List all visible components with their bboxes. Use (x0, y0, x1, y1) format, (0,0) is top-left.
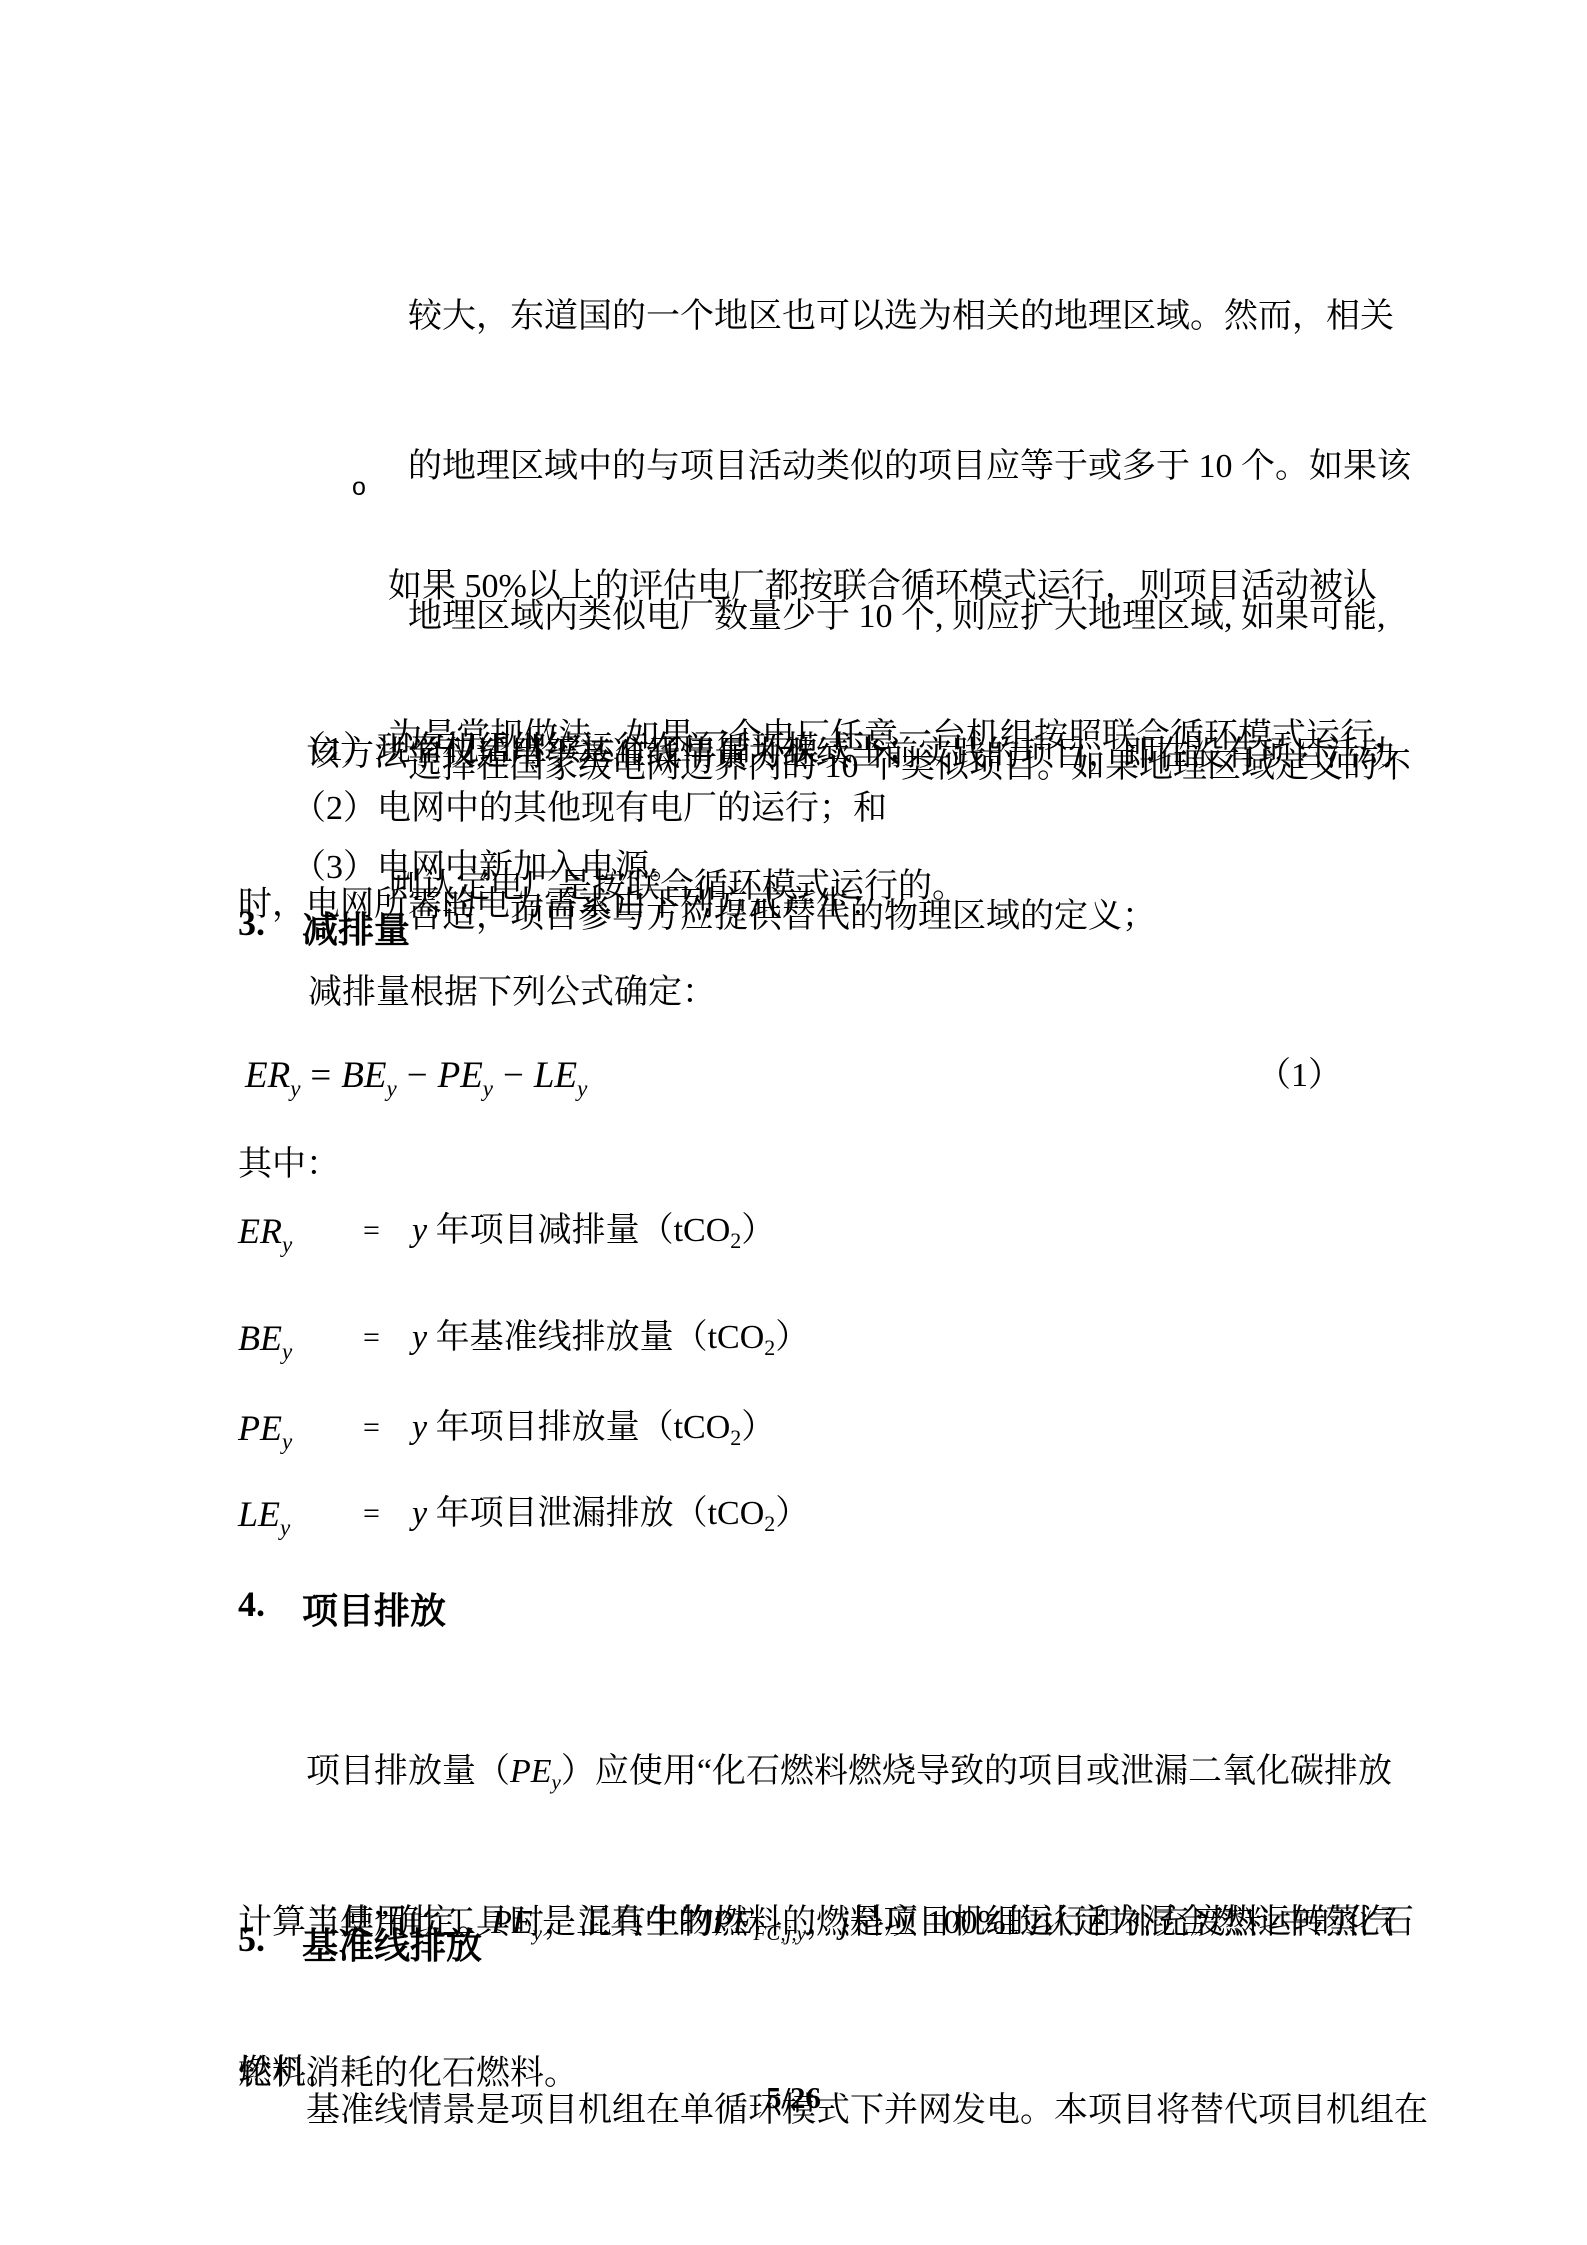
section-4-heading: 4. 项目排放 (238, 1583, 446, 1634)
eq-equals: = (300, 1055, 341, 1096)
def-unit-sub-LE: 2 (764, 1511, 775, 1536)
def-unit-post-ER: ） (741, 1212, 775, 1249)
def-unit-post-BE: ） (775, 1319, 809, 1356)
eq-term-PE: PE (438, 1055, 483, 1096)
section-4-number: 4. (238, 1583, 302, 1634)
def-y-var: y (412, 1212, 427, 1249)
pe-l1-var-PE-sub: y (552, 1770, 561, 1794)
definition-equals-PE: = (363, 1402, 412, 1454)
definition-row-ER: ERy = y 年项目减排量（tCO2） (238, 1205, 775, 1271)
eq-sub-y3: y (483, 1076, 493, 1101)
bullet-line-1: 如果 50%以上的评估电厂都按联合循环模式运行，则项目活动被认 (388, 562, 1408, 612)
eq-minus-1: − (397, 1055, 438, 1096)
definition-text-BE: y 年基准线排放量（tCO2） (412, 1312, 809, 1374)
equation-1-formula: ERy=BEy−PEy−LEy (245, 1048, 587, 1117)
pe-l1-var-PE: PE (510, 1753, 552, 1790)
eq-term-LE: LE (534, 1055, 577, 1096)
definition-equals-LE: = (363, 1488, 412, 1540)
definition-term-ER: ERy (238, 1205, 363, 1271)
def-unit-pre-BE: （tCO (674, 1319, 765, 1356)
page-number: 5/26 (0, 2080, 1587, 2116)
def-desc-ER: 年项目减排量 (427, 1212, 640, 1249)
definition-text-PE: y 年项目排放量（tCO2） (412, 1402, 775, 1464)
def-var-PE-sub: y (282, 1429, 292, 1454)
definition-row-BE: BEy = y 年基准线排放量（tCO2） (238, 1312, 809, 1378)
def-var-LE: LE (238, 1494, 280, 1534)
def-var-ER: ER (238, 1211, 282, 1251)
equation-1-row: ERy=BEy−PEy−LEy （1） (245, 1048, 1342, 1117)
def-unit-post-LE: ） (775, 1495, 809, 1532)
eq-sub-y1: y (290, 1076, 300, 1101)
eq-minus-2: − (493, 1055, 534, 1096)
eq-term-ER: ER (245, 1055, 290, 1096)
def-desc-PE: 年项目排放量 (427, 1409, 640, 1446)
pe-l1-text-a: 项目排放量（ (306, 1753, 510, 1790)
formula-intro-text: 减排量根据下列公式确定： (308, 968, 716, 1018)
eq-sub-y2: y (387, 1076, 397, 1101)
section-5-number: 5. (238, 1918, 302, 1969)
def-var-PE: PE (238, 1408, 282, 1448)
def-desc-BE: 年基准线排放量 (427, 1319, 674, 1356)
definition-term-BE: BEy (238, 1312, 363, 1378)
definition-text-ER: y 年项目减排量（tCO2） (412, 1205, 775, 1267)
section-4-title: 项目排放 (302, 1583, 446, 1634)
numbered-item-3: （3）电网中新加入电源。 (292, 843, 683, 893)
numbered-item-2: （2）电网中的其他现有电厂的运行；和 (292, 784, 887, 834)
pe-para-line-1: 项目排放量（PEy）应使用“化石燃料燃烧导致的项目或泄漏二氧化碳排放 (238, 1746, 1393, 1797)
def-y-var: y (412, 1409, 427, 1446)
pe-l1-text-b: ）应使用“化石燃料燃烧导致的项目或泄漏二氧化碳排放 (561, 1753, 1392, 1790)
def-y-var: y (412, 1495, 427, 1532)
section-3-number: 3. (238, 902, 302, 953)
def-unit-post-PE: ） (741, 1409, 775, 1446)
def-var-BE: BE (238, 1318, 282, 1358)
definition-equals-BE: = (363, 1312, 412, 1364)
section-5-heading: 5. 基准线排放 (238, 1918, 482, 1969)
section-3-heading: 3. 减排量 (238, 902, 410, 953)
def-unit-pre-PE: （tCO (640, 1409, 731, 1446)
definition-term-PE: PEy (238, 1402, 363, 1468)
definition-row-PE: PEy = y 年项目排放量（tCO2） (238, 1402, 775, 1468)
def-desc-LE: 年项目泄漏排放 (427, 1495, 674, 1532)
numbered-item-1: （1）现有机组继续运行在单循环模式下； (292, 725, 921, 775)
def-unit-pre-LE: （tCO (674, 1495, 765, 1532)
def-var-LE-sub: y (280, 1515, 290, 1540)
definition-text-LE: y 年项目泄漏排放（tCO2） (412, 1488, 809, 1550)
definition-row-LE: LEy = y 年项目泄漏排放（tCO2） (238, 1488, 809, 1554)
def-y-var: y (412, 1319, 427, 1356)
def-unit-sub-ER: 2 (730, 1228, 741, 1253)
def-var-BE-sub: y (282, 1339, 292, 1364)
equation-1-number: （1） (1257, 1048, 1342, 1104)
eq-sub-y4: y (577, 1076, 587, 1101)
def-unit-pre-ER: （tCO (640, 1212, 731, 1249)
definition-equals-ER: = (363, 1205, 412, 1257)
eq-term-BE: BE (341, 1055, 386, 1096)
intro-line-1: 较大，东道国的一个地区也可以选为相关的地理区域。然而，相关 (408, 292, 1411, 342)
definition-term-LE: LEy (238, 1488, 363, 1554)
document-page: 较大，东道国的一个地区也可以选为相关的地理区域。然而，相关 的地理区域中的与项目… (0, 0, 1587, 2245)
def-unit-sub-PE: 2 (730, 1425, 741, 1450)
where-label: 其中： (238, 1140, 340, 1190)
section-5-title: 基准线排放 (302, 1918, 482, 1969)
def-unit-sub-BE: 2 (764, 1335, 775, 1360)
section-3-title: 减排量 (302, 902, 410, 953)
def-var-ER-sub: y (282, 1232, 292, 1257)
